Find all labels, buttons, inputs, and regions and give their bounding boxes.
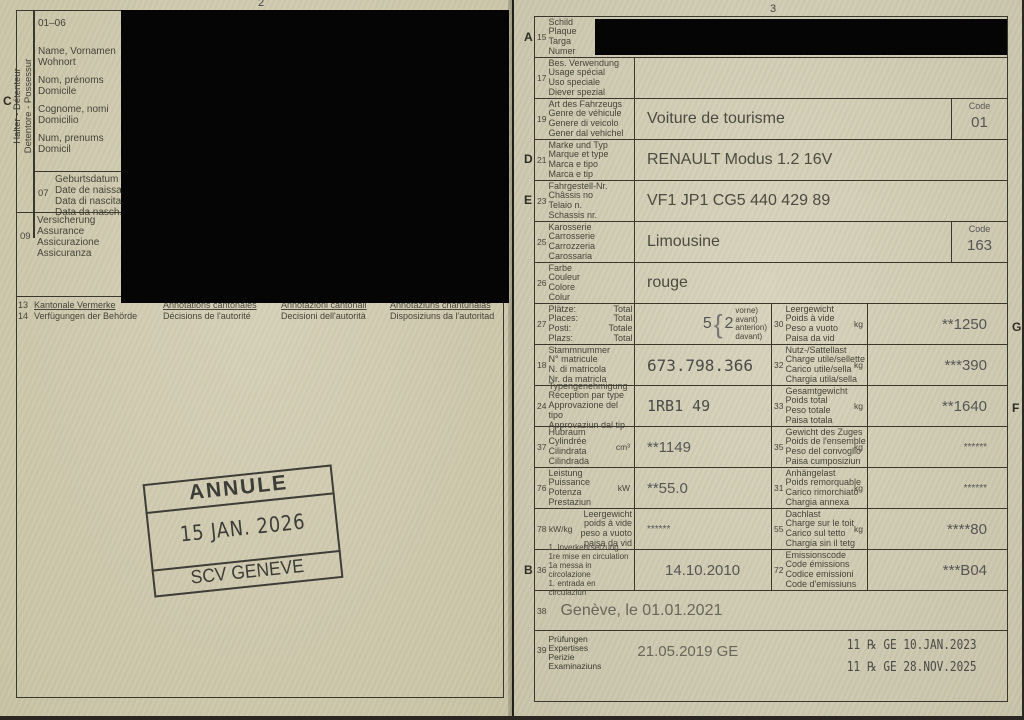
label: Verfügungen der Behörde: [34, 312, 137, 322]
field-36-first-registration: 36 1. Inverkehrsetzung 1re mise en circu…: [535, 550, 771, 590]
field-number: 25: [537, 237, 546, 247]
field-label-text: Fahrgestell-Nr. Châssis no Telaio n. Sch…: [548, 182, 607, 221]
field-25-body: 25 Karosserie Carrosserie Carrozzeria Ca…: [535, 222, 1007, 263]
label: Examinaziuns: [548, 662, 601, 671]
field-label-text: 1. Inverkehrsetzung 1re mise en circulat…: [548, 543, 634, 597]
field-number: 15: [537, 32, 546, 42]
field-number: 78 kW/kg: [537, 524, 572, 534]
field-label-text: Art des Fahrzeugs Genre de véhicule Gene…: [548, 100, 623, 139]
label: Assurance: [37, 226, 99, 237]
type-approval-value: 1RB1 49: [635, 386, 771, 426]
label: Carossaria: [548, 252, 595, 262]
field-number: 38: [537, 606, 546, 616]
color-value: rouge: [635, 263, 1007, 303]
unit: kg: [854, 360, 863, 370]
field-label-text: Dachlast Charge sur le toit Carico sul t…: [785, 510, 855, 549]
field-label: 19 Art des Fahrzeugs Genre de véhicule G…: [535, 99, 635, 139]
unit: cm³: [616, 442, 630, 452]
field-number: 76: [537, 483, 546, 493]
field-number: 21: [537, 155, 546, 165]
field-number: 35: [774, 442, 783, 452]
field-label: 18 Stammnummer N° matricule N. di matric…: [535, 345, 635, 385]
field-39-inspections: 39 Prüfungen Expertises Perizie Examinaz…: [535, 631, 1007, 701]
field-label-text: Emissionscode Code émissions Codice emis…: [785, 551, 856, 590]
label: Name, Vornamen: [38, 46, 116, 57]
label: Assicurazione: [37, 237, 99, 248]
field-01-06-labels: Name, Vornamen Wohnort Nom, prénoms Domi…: [38, 46, 116, 155]
field-14-number: 14: [18, 312, 28, 322]
row-seats-empty-weight: 27 Plätze: Places: Posti: Plazs: Total T…: [535, 304, 1007, 345]
field-09-number: 09: [20, 231, 31, 242]
displacement-value: **1149: [635, 427, 771, 467]
field-24-type-approval: 24 Typengenehmigung Réception par type A…: [535, 386, 771, 426]
field-label: 39 Prüfungen Expertises Perizie Examinaz…: [535, 631, 601, 701]
label: Paisa da vid: [785, 334, 838, 344]
unit: kg: [854, 442, 863, 452]
field-number: 27: [537, 319, 546, 329]
label: Prestaziun: [548, 498, 591, 508]
field-32-payload: 32 Nutz-/Sattellast Charge utile/sellett…: [771, 345, 1007, 385]
label: 1. Inverkehrsetzung: [548, 543, 634, 552]
side-letter-f: F: [1012, 401, 1019, 415]
label: Paisa totala: [785, 416, 847, 426]
seats-total-value: 5: [703, 315, 712, 333]
unit: kg: [854, 483, 863, 493]
brace: {: [714, 309, 723, 340]
label: Domicilio: [38, 115, 116, 126]
field-label: 21 Marke und Typ Marque et type Marca e …: [535, 140, 635, 180]
power-ratio-value: ******: [635, 509, 771, 549]
field-label: 24 Typengenehmigung Réception par type A…: [535, 386, 635, 426]
field-number: 26: [537, 278, 546, 288]
field-label-text: Typengenehmigung Réception par type Appr…: [548, 382, 634, 431]
label: Domicil: [38, 144, 116, 155]
label: Chargia utila/sella: [785, 375, 865, 385]
side-letter-e: E: [524, 193, 532, 207]
row-displacement-train-weight: 37 Hubraum Cylindrée Cilindrata Cilindra…: [535, 427, 1007, 468]
roof-load-value: ****80: [868, 509, 1007, 549]
field-label-text: Farbe Couleur Colore Colur: [548, 264, 580, 303]
power-value: **55.0: [635, 468, 771, 508]
cancellation-stamp: ANNULE 15 JAN. 2026 SCV GENEVE: [143, 464, 344, 597]
train-weight-value: ******: [868, 427, 1007, 467]
unit: kg: [854, 524, 863, 534]
field-label: 27 Plätze: Places: Posti: Plazs: Total T…: [535, 304, 635, 344]
field-number: 36: [537, 565, 546, 575]
inspection-stamps: 11 ℞ GE 10.JAN.2023 11 ℞ GE 28.NOV.2025: [824, 635, 977, 701]
label: Domicile: [38, 86, 116, 97]
field-number: 55: [774, 524, 783, 534]
label: Code d'emissiuns: [785, 580, 856, 590]
row-matricule-payload: 18 Stammnummer N° matricule N. di matric…: [535, 345, 1007, 386]
code-value: 01: [952, 114, 1007, 131]
side-letter-d: D: [524, 152, 533, 166]
issue-place-date: Genève, le 01.01.2021: [560, 602, 722, 620]
field-number: 31: [774, 483, 783, 493]
field-label-text: Marke und Typ Marque et type Marca e tip…: [548, 141, 608, 180]
field-number: 32: [774, 360, 783, 370]
label: Cognome, nomi: [38, 104, 116, 115]
side-letter-b: B: [524, 563, 533, 577]
field-19-vehicle-type: 19 Art des Fahrzeugs Genre de véhicule G…: [535, 99, 1007, 140]
label: Paisa cumposiziun: [785, 457, 865, 467]
label: Gener dal vehichel: [548, 129, 623, 139]
row-first-registration-emission: 36 1. Inverkehrsetzung 1re mise en circu…: [535, 550, 1007, 591]
field-38-issue: 38 Genève, le 01.01.2021: [535, 591, 1007, 631]
field-label-text: Stammnummer N° matricule N. di matricola…: [548, 346, 610, 385]
matricule-value: 673.798.366: [635, 345, 771, 385]
field-label: 17 Bes. Verwendung Usage spécial Uso spe…: [535, 58, 635, 98]
payload-value: ***390: [868, 345, 1007, 385]
body-code: Code 163: [951, 222, 1007, 262]
field-number: 30: [774, 319, 783, 329]
field-number: 39: [537, 645, 546, 655]
label: davant): [735, 333, 767, 342]
label: Total: [598, 334, 632, 344]
trailer-load-value: ******: [868, 468, 1007, 508]
unit: kW: [618, 483, 630, 493]
divider: [34, 171, 124, 172]
field-label-text: Gesamtgewicht Poids total Peso totale Pa…: [785, 387, 847, 426]
field-label: 35 Gewicht des Zuges Poids de l'ensemble…: [772, 427, 868, 467]
field-label-text: Leergewicht Poids à vide Peso a vuoto Pa…: [785, 305, 838, 344]
field-label: 23 Fahrgestell-Nr. Châssis no Telaio n. …: [535, 181, 635, 221]
divider: [34, 10, 35, 238]
field-label: 72 Emissionscode Code émissions Codice e…: [772, 550, 868, 590]
field-76-power: 76 Leistung Puissance Potenza Prestaziun…: [535, 468, 771, 508]
label: Approvazione del tipo: [548, 401, 634, 420]
inspection-stamp: 11 ℞ GE 28.NOV.2025: [847, 657, 977, 679]
field-number: 18: [537, 360, 546, 370]
holder-label-line-2: Detentore - Possessur: [23, 46, 34, 166]
field-label-text: Bes. Verwendung Usage spécial Uso specia…: [548, 59, 619, 98]
emission-code-value: ***B04: [868, 550, 1007, 590]
field-21-make-model: 21 Marke und Typ Marque et type Marca e …: [535, 140, 1007, 181]
field-label-text: Karosserie Carrosserie Carrozzeria Caros…: [548, 223, 595, 262]
chassis-value: VF1 JP1 CG5 440 429 89: [635, 181, 1007, 221]
field-label: 37 Hubraum Cylindrée Cilindrata Cilindra…: [535, 427, 635, 467]
field-label: 76 Leistung Puissance Potenza Prestaziun…: [535, 468, 635, 508]
special-use-value: [635, 58, 1007, 98]
field-33-total-weight: 33 Gesamtgewicht Poids total Peso totale…: [771, 386, 1007, 426]
label: Wohnort: [38, 57, 116, 68]
label: Plazs:: [548, 334, 598, 344]
field-72-emission-code: 72 Emissionscode Code émissions Codice e…: [771, 550, 1007, 590]
redacted-holder-info: [121, 10, 509, 303]
label: Versicherung: [37, 215, 99, 226]
label: 1a messa in circolazione: [548, 561, 634, 579]
row-type-approval-total-weight: 24 Typengenehmigung Réception par type A…: [535, 386, 1007, 427]
side-letter-c: C: [3, 94, 12, 108]
left-page: 2 Halter - Détenteur Detentore - Possess…: [0, 0, 512, 716]
total-weight-value: **1640: [868, 386, 1007, 426]
column-number-3: 3: [770, 3, 776, 15]
field-label: 26 Farbe Couleur Colore Colur: [535, 263, 635, 303]
label: Assicuranza: [37, 248, 99, 259]
vehicle-type-value: Voiture de tourisme: [635, 99, 951, 139]
field-label: 30 Leergewicht Poids à vide Peso a vuoto…: [772, 304, 868, 344]
first-registration-value: 14.10.2010: [635, 550, 771, 590]
field-13-number: 13: [18, 301, 28, 311]
field-26-color: 26 Farbe Couleur Colore Colur rouge: [535, 263, 1007, 304]
vehicle-type-code: Code 01: [951, 99, 1007, 139]
label: Chargia annexa: [785, 498, 861, 508]
code-label: Code: [952, 224, 1007, 234]
field-label-text: Total Total Totale Total: [598, 305, 632, 344]
field-number: 19: [537, 114, 546, 124]
field-label: 31 Anhängelast Poids remorquable Carico …: [772, 468, 868, 508]
field-number: 24: [537, 401, 546, 411]
label: 1re mise en circulation: [548, 552, 634, 561]
label: Colur: [548, 293, 580, 303]
code-label: Code: [952, 101, 1007, 111]
column-number-2: 2: [258, 0, 264, 9]
field-label: 15 Schild Plaque Targa Numer: [535, 17, 595, 57]
inspection-stamp: 11 ℞ GE 10.JAN.2023: [847, 635, 977, 657]
field-number: 23: [537, 196, 546, 206]
field-35-train-weight: 35 Gewicht des Zuges Poids de l'ensemble…: [771, 427, 1007, 467]
redacted-plate: [595, 19, 1007, 55]
field-label: 36 1. Inverkehrsetzung 1re mise en circu…: [535, 550, 635, 590]
field-27-seats: 27 Plätze: Places: Posti: Plazs: Total T…: [535, 304, 771, 344]
make-model-value: RENAULT Modus 1.2 16V: [635, 140, 1007, 180]
row-power-trailer-load: 76 Leistung Puissance Potenza Prestaziun…: [535, 468, 1007, 509]
label: Décisions de l'autorité: [163, 312, 251, 322]
label: Decisioni dell'autorità: [281, 312, 366, 322]
field-label-text: Hubraum Cylindrée Cilindrata Cilindrada: [548, 428, 589, 467]
vehicle-data-table: 15 Schild Plaque Targa Numer 17 Bes. Ver…: [534, 16, 1008, 702]
field-label-text: Schild Plaque Targa Numer: [548, 18, 576, 57]
field-number: 17: [537, 73, 546, 83]
holder-label-line-1: Halter - Détenteur: [12, 46, 23, 166]
field-label-text: Anhängelast Poids remorquable Carico rim…: [785, 469, 861, 508]
seats-values: 5 { 2 vorne) avant) anterion) davant): [635, 304, 771, 344]
label: Disposiziuns da l'autoritad: [390, 312, 494, 322]
field-37-displacement: 37 Hubraum Cylindrée Cilindrata Cilindra…: [535, 427, 771, 467]
field-label: 33 Gesamtgewicht Poids total Peso totale…: [772, 386, 868, 426]
field-label: 55 Dachlast Charge sur le toit Carico su…: [772, 509, 868, 549]
field-label-text: Prüfungen Expertises Perizie Examinaziun…: [548, 635, 601, 671]
field-label: 32 Nutz-/Sattellast Charge utile/sellett…: [772, 345, 868, 385]
field-31-trailer-load: 31 Anhängelast Poids remorquable Carico …: [771, 468, 1007, 508]
last-inspection-value: 21.05.2019 GE: [637, 643, 738, 701]
field-09-labels: Versicherung Assurance Assicurazione Ass…: [37, 215, 99, 259]
label: Numer: [548, 47, 576, 57]
field-number: 33: [774, 401, 783, 411]
holder-vertical-label: Halter - Détenteur Detentore - Possessur: [12, 46, 34, 166]
unit: kg: [854, 319, 863, 329]
field-label-text: Plätze: Places: Posti: Plazs:: [548, 305, 598, 344]
field-15-plate: 15 Schild Plaque Targa Numer: [535, 17, 1007, 58]
label: Marca e tip: [548, 170, 608, 180]
side-letter-g: G: [1012, 320, 1021, 334]
label: Nom, prénoms: [38, 75, 116, 86]
body-value: Limousine: [635, 222, 951, 262]
field-number: 37: [537, 442, 546, 452]
front-labels: vorne) avant) anterion) davant): [735, 307, 767, 341]
field-07-number: 07: [38, 188, 49, 199]
unit: kg: [854, 401, 863, 411]
field-23-chassis: 23 Fahrgestell-Nr. Châssis no Telaio n. …: [535, 181, 1007, 222]
field-55-roof-load: 55 Dachlast Charge sur le toit Carico su…: [771, 509, 1007, 549]
label: Chargia sin il tetg: [785, 539, 855, 549]
field-18-matricule: 18 Stammnummer N° matricule N. di matric…: [535, 345, 771, 385]
label: Cilindrada: [548, 457, 589, 467]
divider: [16, 212, 124, 213]
label: Num, prenums: [38, 133, 116, 144]
seats-front-value: 2: [725, 315, 734, 333]
field-label-text: Leistung Puissance Potenza Prestaziun: [548, 469, 591, 508]
field-number: 72: [774, 565, 783, 575]
label: Kantonale Vermerke: [34, 301, 116, 311]
field-17-special-use: 17 Bes. Verwendung Usage spécial Uso spe…: [535, 58, 1007, 99]
label: Diever spezial: [548, 88, 619, 98]
label: Schassis nr.: [548, 211, 607, 221]
code-value: 163: [952, 237, 1007, 254]
empty-weight-value: **1250: [868, 304, 1007, 344]
side-letter-a: A: [524, 30, 533, 44]
field-30-empty-weight: 30 Leergewicht Poids à vide Peso a vuoto…: [771, 304, 1007, 344]
field-01-06-number: 01–06: [38, 18, 66, 29]
field-label: 25 Karosserie Carrosserie Carrozzeria Ca…: [535, 222, 635, 262]
